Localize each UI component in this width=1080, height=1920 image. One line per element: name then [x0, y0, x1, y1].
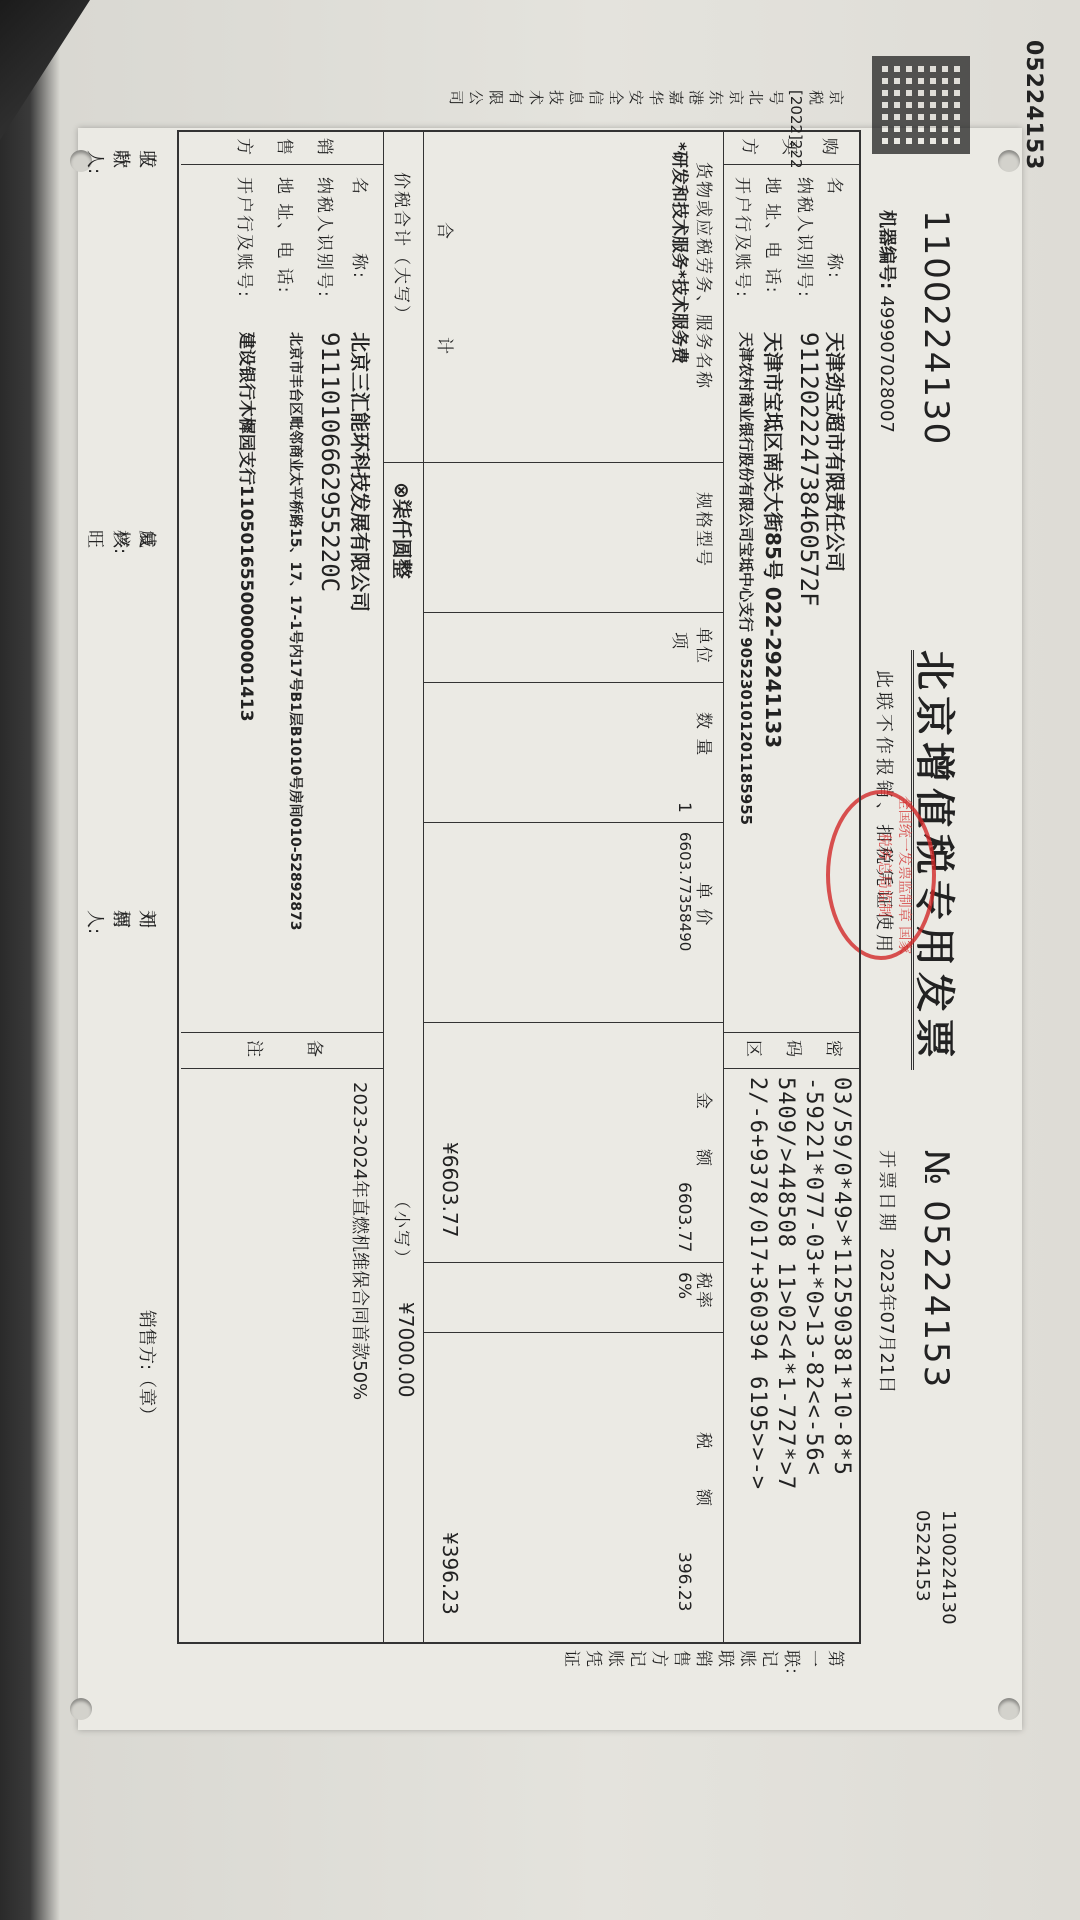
date-label: 开票日期	[876, 1150, 897, 1234]
item-rate: 6%	[674, 1272, 694, 1299]
header-item-name: 货物或应税劳务、服务名称	[693, 162, 718, 390]
buyer-name-label: 名 称:	[824, 177, 849, 280]
remarks-text: 2023-2024年直燃机维保合同首款50%	[348, 1082, 374, 1400]
cipher-line: 5409/>448508 11>02<4*1-727*>7	[771, 1077, 799, 1490]
seller-seal-label: 销售方:（章）	[135, 1310, 161, 1424]
total-amount: ¥6603.77	[438, 1142, 462, 1237]
remarks-label: 备注	[224, 1040, 344, 1060]
seller-name: 北京三汇能环科技发展有限公司	[347, 332, 376, 612]
copy-designation: 第一联：记账联 销售方记账凭证	[560, 1650, 846, 1674]
right-codes: 1100224130 05224153	[909, 1510, 961, 1625]
cipher-line: 03/59/0*49>*112590381*10-8*5	[827, 1077, 855, 1490]
buyer-tax-id-label: 纳税人识别号:	[794, 177, 819, 299]
item-price: 6603.77358490	[676, 832, 694, 951]
grand-total-small-value: ¥7000.00	[394, 1302, 418, 1397]
header-price: 单 价	[693, 882, 718, 927]
buyer-bank-label: 开户行及账号:	[732, 177, 757, 299]
items-section: 货物或应税劳务、服务名称 规格型号 单位 数 量 单 价 金 额 税率 税 额 …	[423, 132, 724, 1642]
buyer-name: 天津劲宝超市有限责任公司	[822, 332, 851, 572]
grand-total-small-label: （小写）	[391, 1192, 416, 1268]
cipher-line: -59221*077-03+*0>13-82<<-56<	[799, 1077, 827, 1490]
invoice-grid: 购买方 名 称: 天津劲宝超市有限责任公司 纳税人识别号: 9112022247…	[177, 130, 861, 1644]
buyer-address: 天津市宝坻区南关大街85号 022-29241133	[760, 332, 789, 748]
total-label: 合 计	[434, 222, 459, 360]
cipher-label: 密码区	[733, 1040, 853, 1060]
top-serial-number: 05224153	[1021, 40, 1046, 170]
item-unit: 项	[669, 632, 694, 649]
issue-date: 开票日期 2023年07月21日	[875, 1150, 901, 1393]
seller-address: 北京市丰台区毗邻商业太平桥路15、17、17-1号内17号B1层B1010号房间…	[286, 332, 306, 1022]
buyer-bank: 天津农村商业银行股份有限公司宝坻中心支行 905230101201185955	[736, 332, 757, 825]
cipher-area: 03/59/0*49>*112590381*10-8*5 -59221*077-…	[743, 1077, 855, 1490]
tabletop-edge	[0, 0, 90, 140]
machine-number: 机器编号: 499907028007	[875, 210, 901, 433]
seller-address-label: 地 址、电 话:	[274, 177, 299, 295]
no-symbol: №	[916, 1150, 956, 1187]
invoice-number-value: 05224153	[916, 1200, 956, 1389]
grand-total-words: ⊗柒仟圆整	[389, 482, 418, 579]
date-value: 2023年07月21日	[876, 1248, 897, 1394]
payee-name: 王叶	[109, 150, 161, 168]
cipher-line: 2/-6+9378/017+360394 6195>>->	[743, 1077, 771, 1490]
invoice-code: 1100224130	[916, 210, 956, 446]
perforation-hole	[70, 1698, 92, 1720]
header-amount: 金 额	[693, 1092, 718, 1168]
seller-bank: 建设银行木樨园支行11050165500000001413	[236, 332, 261, 722]
qr-code	[876, 60, 966, 150]
header-unit: 单位	[693, 627, 718, 665]
printer-note: 京税[2022]222号北京东港嘉华安全信息技术有限公司	[446, 90, 846, 112]
vat-invoice: 05224153 1100224130 机器编号: 499907028007 北…	[96, 170, 976, 1670]
header-spec: 规格型号	[693, 492, 718, 568]
item-qty: 1	[674, 802, 694, 813]
reviewer-name: 戚兴旺	[83, 530, 161, 548]
machine-value: 499907028007	[876, 295, 897, 432]
invoice-number: № 05224153	[916, 1150, 956, 1389]
item-tax: 396.23	[674, 1552, 694, 1611]
seller-tax-id-label: 纳税人识别号:	[314, 177, 339, 299]
right-number: 05224153	[909, 1510, 935, 1625]
total-tax: ¥396.23	[438, 1532, 462, 1615]
buyer-address-label: 地 址、电 话:	[762, 177, 787, 295]
header-qty: 数 量	[693, 712, 718, 757]
issuer-name: 刘柯	[109, 910, 161, 928]
machine-label: 机器编号:	[876, 210, 897, 289]
buyer-section: 购买方 名 称: 天津劲宝超市有限责任公司 纳税人识别号: 9112022247…	[723, 132, 859, 1642]
seller-bank-label: 开户行及账号:	[234, 177, 259, 299]
seller-section: 销售方 名 称: 北京三汇能环科技发展有限公司 纳税人识别号: 91110106…	[181, 132, 384, 1642]
perforation-hole	[998, 150, 1020, 172]
grand-total-label: 价税合计（大写）	[391, 172, 416, 324]
perforation-hole	[998, 1698, 1020, 1720]
grand-total-row: 价税合计（大写） ⊗柒仟圆整 （小写） ¥7000.00	[383, 132, 424, 1642]
item-name: *研发和技术服务*技术服务费	[669, 142, 694, 364]
header-rate: 税率	[693, 1272, 718, 1310]
right-code: 1100224130	[935, 1510, 961, 1625]
item-amount: 6603.77	[674, 1182, 694, 1252]
seller-tax-id: 91110106662955220C	[316, 332, 344, 592]
header-tax: 税 额	[693, 1432, 718, 1508]
buyer-tax-id: 911202224738460572F	[795, 332, 823, 607]
seller-name-label: 名 称:	[349, 177, 374, 280]
